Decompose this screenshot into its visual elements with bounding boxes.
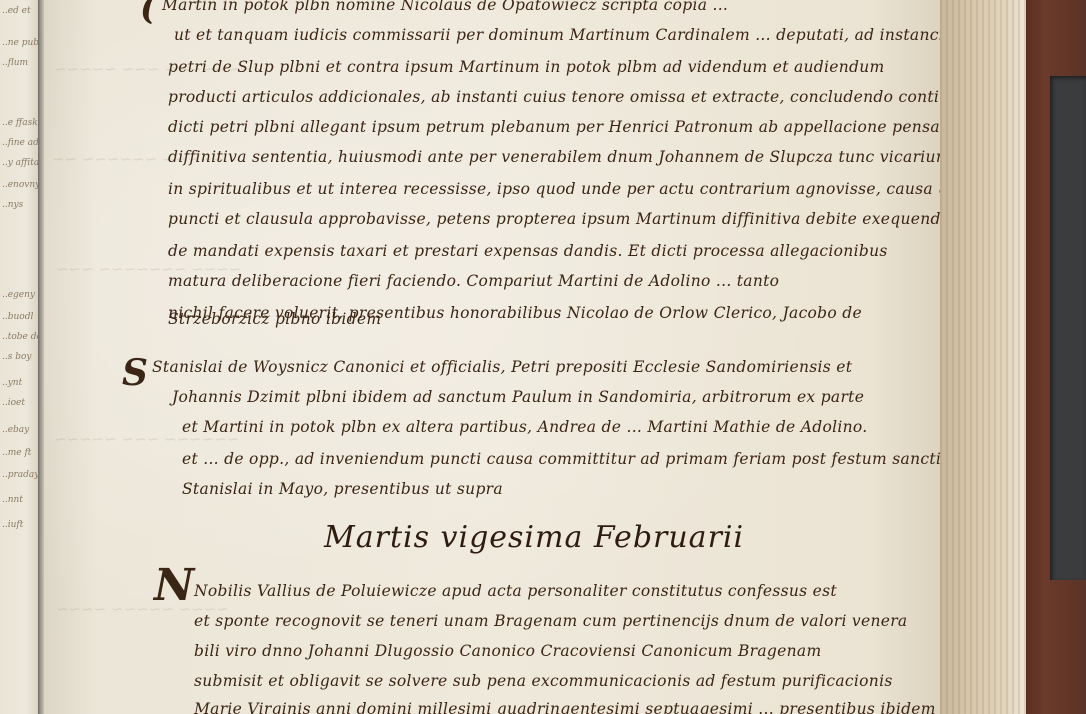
marginal-note: ..enovny: [2, 180, 38, 191]
page-block-edge: [940, 0, 1026, 714]
text-line: producti articulos addicionales, ab inst…: [168, 88, 940, 106]
text-line: dicti petri plbni allegant ipsum petrum …: [168, 118, 940, 136]
marginal-note: ..ne pubs: [2, 38, 38, 49]
text-line: diffinitiva sententia, huiusmodi ante pe…: [168, 148, 940, 166]
text-line: Johannis Dzimit plbni ibidem ad sanctum …: [172, 388, 864, 406]
text-line: et Martini in potok plbn ex altera parti…: [182, 418, 868, 436]
text-line: puncti et clausula approbavisse, petens …: [168, 210, 940, 228]
marginal-note: ..praday: [2, 470, 38, 481]
marginal-note: ..buodl: [2, 312, 33, 323]
manuscript-page: ~~~~~~~ ~~~ ~~~~~ ~~~~~ ~~~~~~ ~~ ~~~~ ~…: [44, 0, 940, 714]
marginal-note: ..egeny: [2, 290, 35, 301]
text-line: Stanislai in Mayo, presentibus ut supra: [182, 480, 503, 498]
marginal-note: ..y affitay: [2, 158, 38, 169]
text-line: Stanislai de Woysnicz Canonici et offici…: [152, 358, 852, 376]
marginal-note: ..e ffaskens: [2, 118, 38, 129]
date-heading: Martis vigesima Februarii: [324, 520, 744, 555]
decorated-initial: S: [122, 352, 148, 394]
text-line: matura deliberacione fieri faciendo. Com…: [168, 272, 779, 290]
text-line: de mandati expensis taxari et prestari e…: [168, 242, 888, 260]
text-line: Marie Virginis anni domini millesimi qua…: [194, 700, 936, 714]
marginal-note: ..s boy: [2, 352, 31, 363]
marginal-note: ..ynt: [2, 378, 22, 389]
text-line: in spiritualibus et ut interea recessiss…: [168, 180, 940, 198]
marginal-note: ..me ft: [2, 448, 31, 459]
marginal-note: ..fine ad: [2, 138, 38, 149]
marginal-note: ..ioet: [2, 398, 25, 409]
decorated-initial: N: [154, 560, 194, 611]
marginal-note: ..nnt: [2, 495, 23, 506]
text-line: bili viro dnno Johanni Dlugossio Canonic…: [194, 642, 821, 660]
marginal-note: ..nys: [2, 200, 23, 211]
text-line: Nobilis Vallius de Poluiewicze apud acta…: [194, 582, 837, 600]
decorated-initial: (: [140, 0, 156, 28]
text-line: petri de Slup plbni et contra ipsum Mart…: [168, 58, 885, 76]
text-line: Martin in potok plbn nomine Nicolaus de …: [162, 0, 728, 14]
text-line: Strzeborzicz plbno ibidem: [168, 310, 381, 328]
verso-page-margin: ..ed et ..ne pubs ..flum ..e ffaskens ..…: [0, 0, 38, 714]
binding-inset-panel: [1050, 76, 1086, 580]
marginal-note: ..iuft: [2, 520, 23, 531]
text-line: ut et tanquam iudicis commissarii per do…: [174, 26, 940, 44]
marginal-note: ..tobe de: [2, 332, 38, 343]
marginal-note: ..ebay: [2, 425, 29, 436]
text-line: submisit et obligavit se solvere sub pen…: [194, 672, 893, 690]
text-line: et ... de opp., ad inveniendum puncti ca…: [182, 450, 940, 468]
marginal-note: ..ed et: [2, 6, 31, 17]
marginal-note: ..flum: [2, 58, 28, 69]
text-line: et sponte recognovit se teneri unam Brag…: [194, 612, 907, 630]
